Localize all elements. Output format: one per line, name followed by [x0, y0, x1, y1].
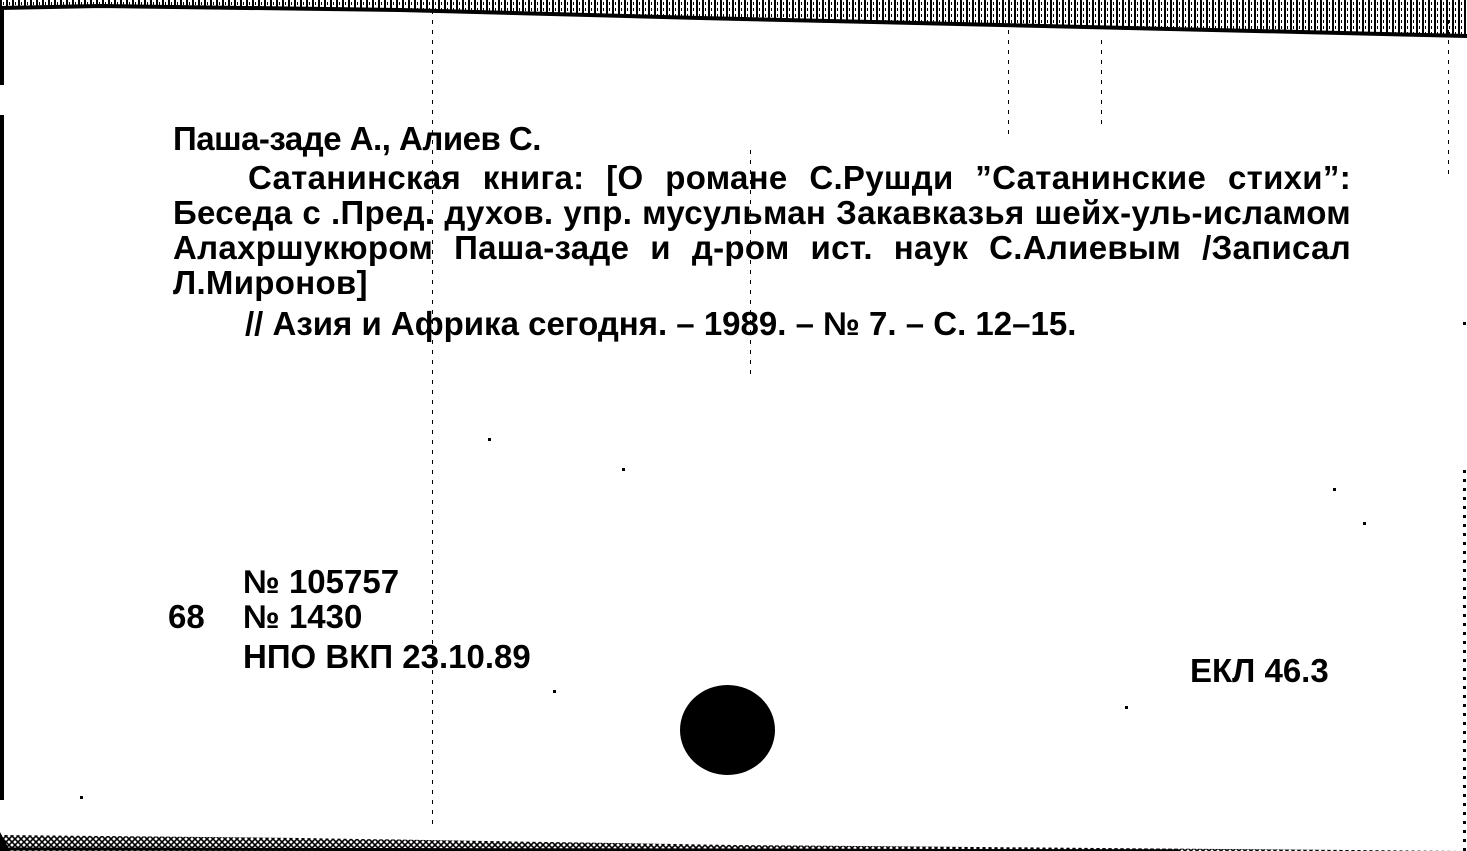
scanned-bottom-edge	[0, 800, 1467, 851]
accession-number: № 1430	[243, 598, 362, 636]
classification-code: ЕКЛ 46.3	[1190, 652, 1329, 690]
catalog-card: Паша-заде А., Алиев С. Сатанинская книга…	[0, 0, 1467, 851]
card-source: // Азия и Африка сегодня. – 1989. – № 7.…	[245, 305, 1076, 343]
scanned-top-edge	[0, 0, 1467, 40]
card-description: Сатанинская книга: [О романе С.Рушди ”Са…	[173, 160, 1351, 300]
accession-number: № 105757	[243, 563, 399, 601]
shelf-number: 68	[168, 598, 205, 636]
card-authors: Паша-заде А., Алиев С.	[173, 120, 541, 158]
scanned-left-edge	[0, 10, 4, 800]
crease-line	[1101, 40, 1102, 130]
punch-hole	[680, 685, 775, 775]
scanned-right-edge	[1463, 470, 1466, 851]
crease-line	[1008, 20, 1009, 140]
registration-date: НПО ВКП 23.10.89	[243, 638, 531, 676]
crease-line	[1448, 20, 1449, 180]
